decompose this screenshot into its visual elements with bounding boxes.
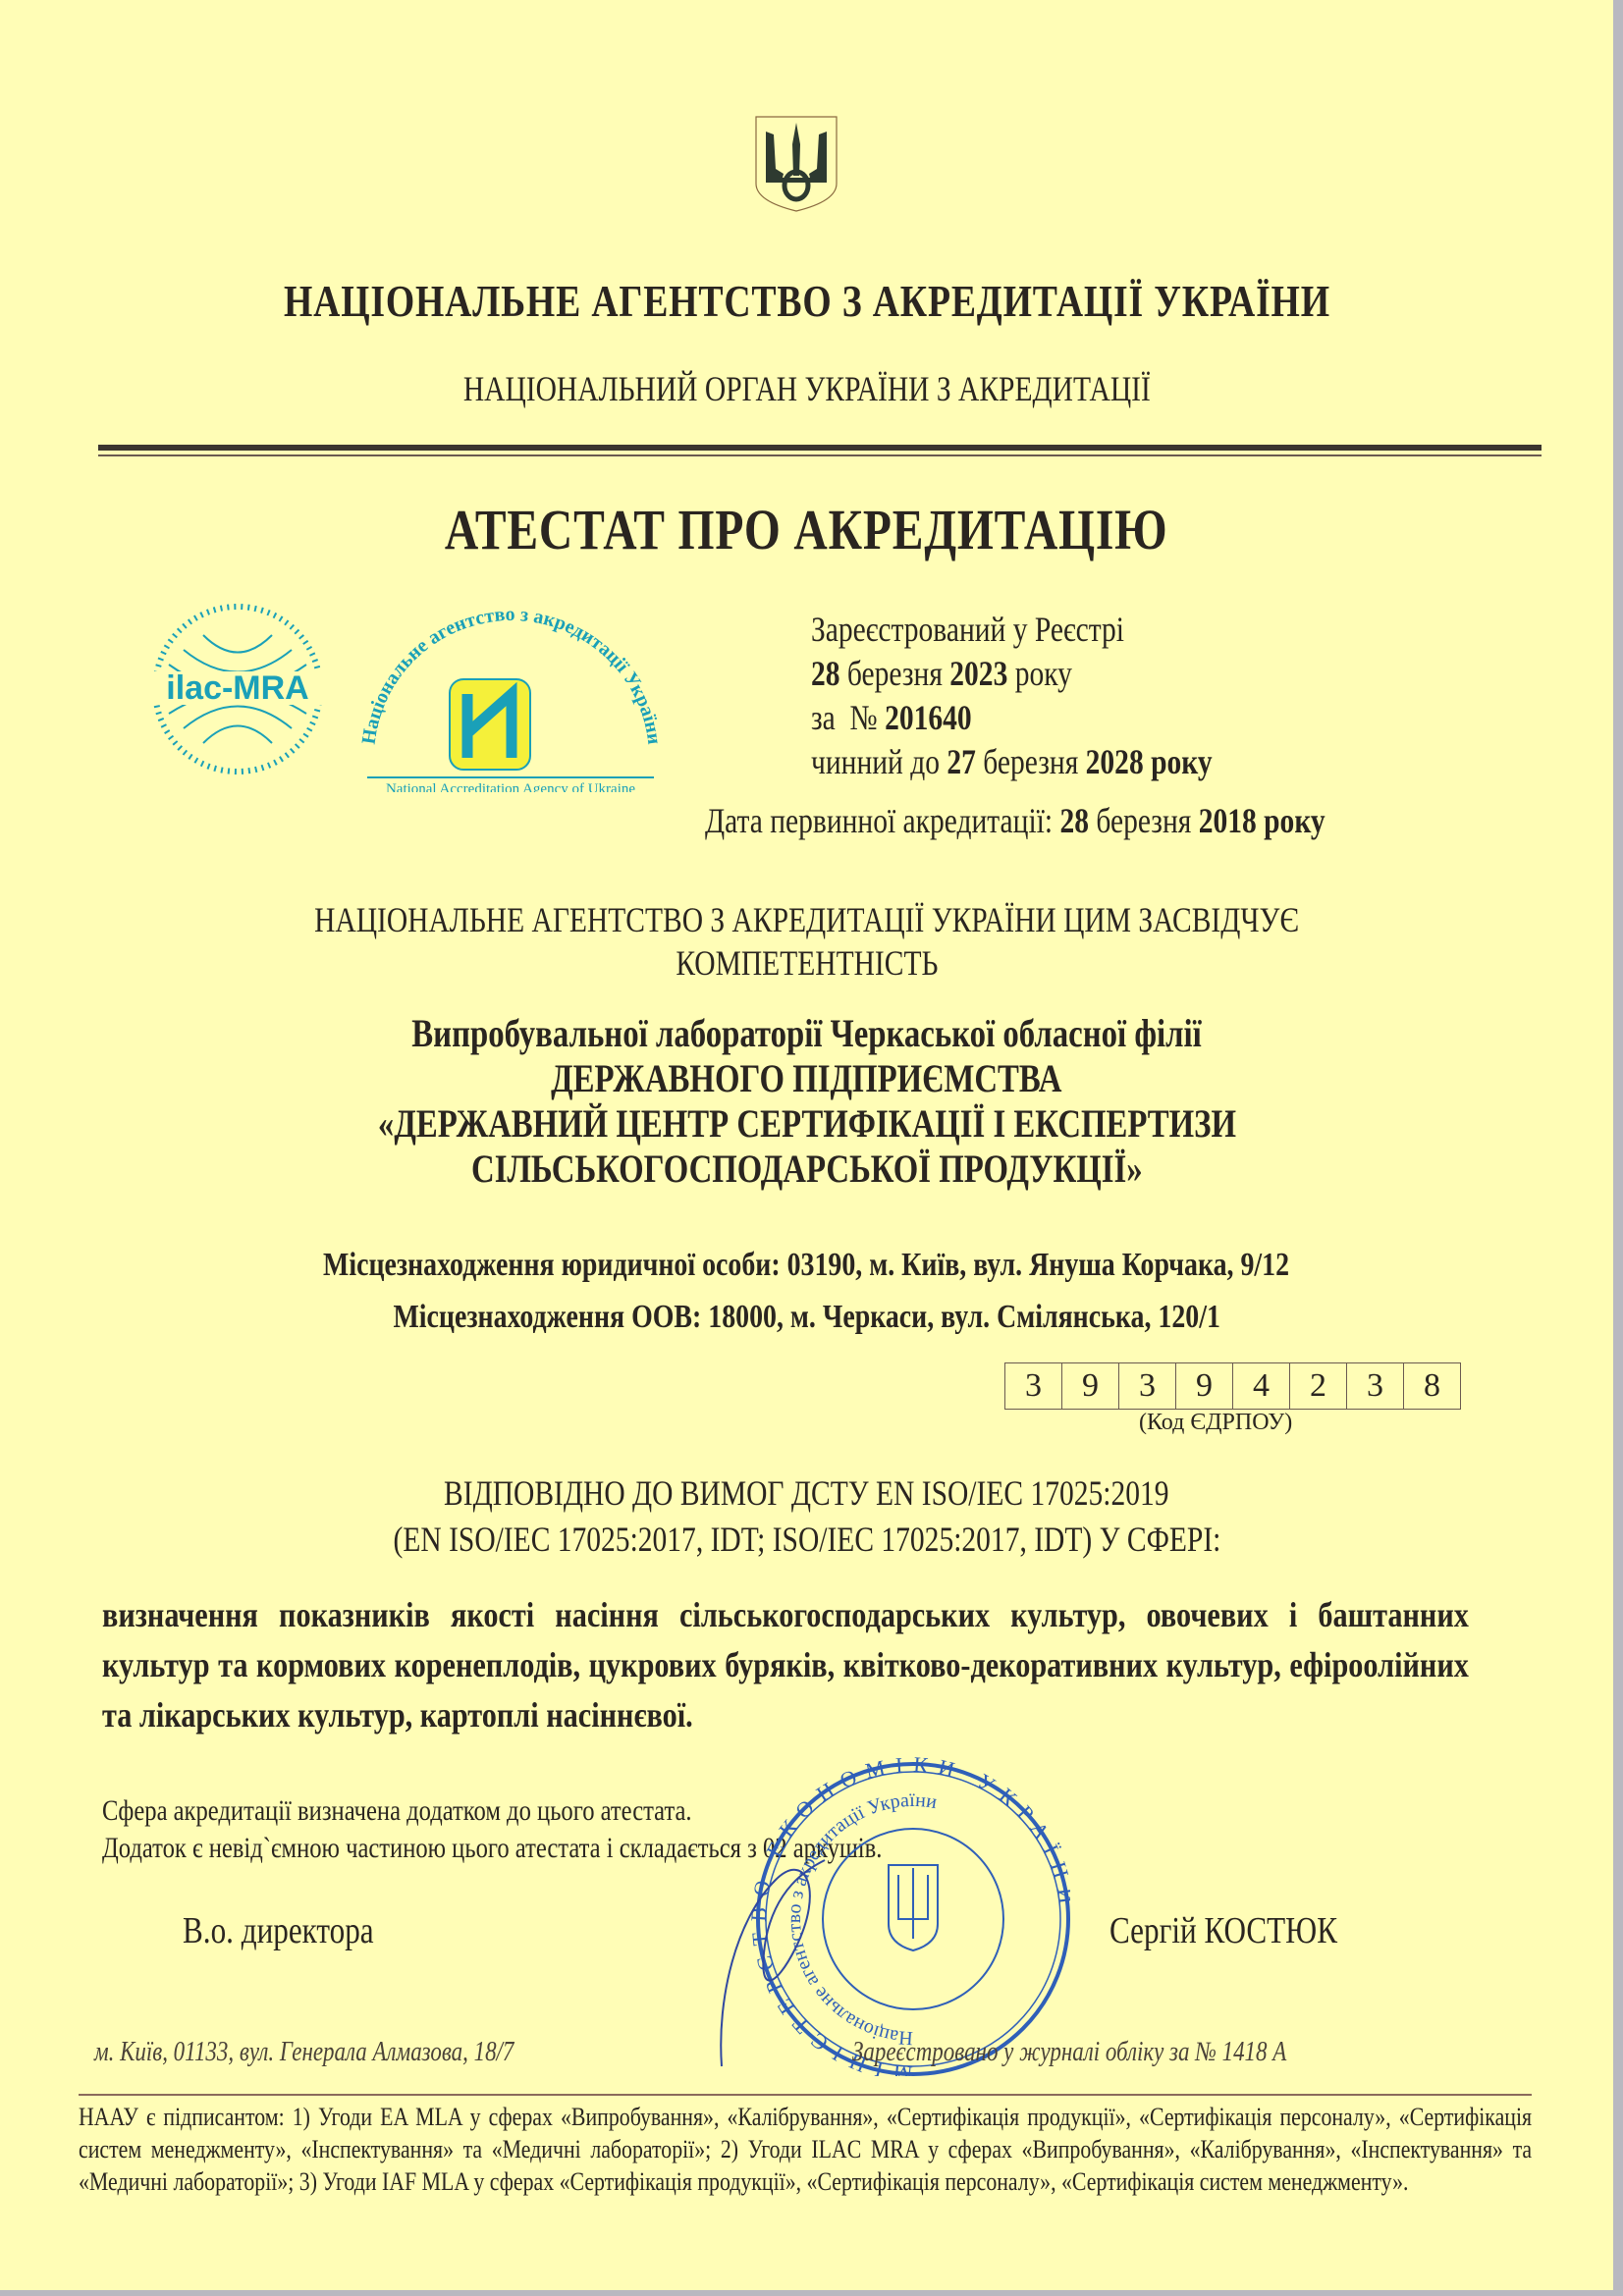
organization-name: Випробувальної лабораторії Черкаської об… — [0, 1011, 1613, 1192]
agency-name: НАЦІОНАЛЬНЕ АГЕНТСТВО З АКРЕДИТАЦІЇ УКРА… — [0, 275, 1613, 327]
edrpou-digit: 3 — [1347, 1363, 1404, 1409]
official-seal-icon: МІНІСТЕРСТВО ЕКОНОМІКИ УКРАЇНИ Національ… — [677, 1742, 1070, 2076]
registration-date: 28 березня 2023 року — [811, 653, 1129, 694]
oov-address: Місцезнаходження ООВ: 18000, м. Черкаси,… — [0, 1299, 1613, 1336]
edrpou-digit: 8 — [1404, 1363, 1460, 1409]
edrpou-digit: 3 — [1005, 1363, 1062, 1409]
signatory-statement: НААУ є підписантом: 1) Угоди EA MLA у сф… — [79, 2101, 1532, 2198]
svg-text:National Accreditation Agency: National Accreditation Agency of Ukraine — [386, 781, 635, 792]
naau-logo: Національне агентство з акредитації Укра… — [340, 601, 678, 792]
header-rule-thick — [98, 445, 1542, 451]
initial-accreditation-date: Дата первинної акредитації: 28 березня 2… — [705, 800, 1461, 841]
edrpou-digit: 2 — [1290, 1363, 1347, 1409]
edrpou-digit: 4 — [1233, 1363, 1290, 1409]
agency-subtitle: НАЦІОНАЛЬНИЙ ОРГАН УКРАЇНИ З АКРЕДИТАЦІЇ — [0, 368, 1613, 409]
edrpou-digit: 3 — [1119, 1363, 1176, 1409]
standard-line-2: (EN ISO/IEC 17025:2017, IDT; ISO/IEC 170… — [0, 1519, 1613, 1560]
footer-rule — [79, 2094, 1532, 2096]
valid-until: чинний до 27 березня 2028 року — [811, 741, 1300, 782]
signer-name: Сергій КОСТЮК — [1109, 1909, 1387, 1952]
registry-label: Зареєстрований у Реєстрі — [811, 609, 1193, 650]
svg-text:ilac-MRA: ilac-MRA — [166, 669, 308, 707]
edrpou-digit: 9 — [1176, 1363, 1233, 1409]
legal-address: Місцезнаходження юридичної особи: 03190,… — [0, 1247, 1613, 1284]
edrpou-code-boxes: 3 9 3 9 4 2 3 8 — [1004, 1362, 1461, 1410]
certifies-statement: НАЦІОНАЛЬНЕ АГЕНТСТВО З АКРЕДИТАЦІЇ УКРА… — [0, 898, 1613, 985]
agency-address: м. Київ, 01133, вул. Генерала Алмазова, … — [94, 2037, 606, 2068]
ilac-mra-logo: ilac-MRA — [149, 601, 326, 777]
accreditation-scope: визначення показників якості насіння сіл… — [102, 1590, 1469, 1740]
certificate-page: НАЦІОНАЛЬНЕ АГЕНТСТВО З АКРЕДИТАЦІЇ УКРА… — [0, 0, 1613, 2290]
trident-coat-of-arms-icon — [754, 115, 839, 213]
header-rule-thin — [98, 454, 1542, 456]
edrpou-label: (Код ЄДРПОУ) — [1139, 1410, 1292, 1436]
standard-line-1: ВІДПОВІДНО ДО ВИМОГ ДСТУ EN ISO/IEC 1702… — [0, 1472, 1613, 1514]
edrpou-digit: 9 — [1062, 1363, 1119, 1409]
registration-number: за № 201640 — [811, 697, 1007, 738]
document-title: АТЕСТАТ ПРО АКРЕДИТАЦІЮ — [0, 497, 1613, 562]
signer-role: В.о. директора — [183, 1909, 415, 1952]
journal-registration: Зареєстровано у журналі обліку за № 1418… — [852, 2037, 1381, 2068]
